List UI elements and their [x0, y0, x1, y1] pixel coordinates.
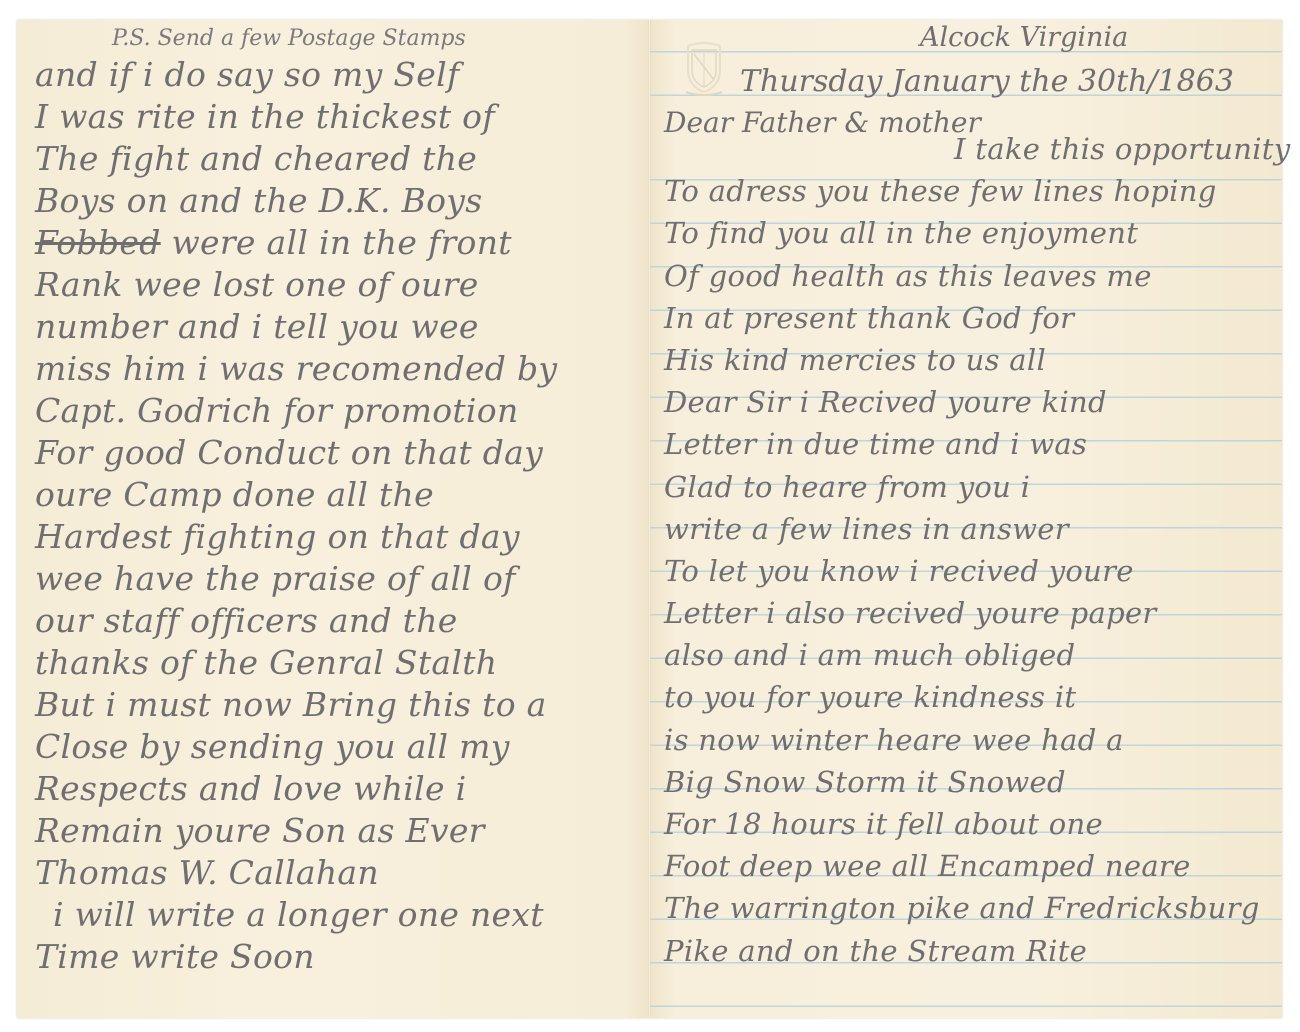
text-line: To let you know i recived youre [664, 550, 1290, 592]
text-line: and if i do say so my Self [35, 54, 557, 96]
text-line: His kind mercies to us all [664, 339, 1290, 381]
text-line: For 18 hours it fell about one [664, 803, 1290, 845]
text-line: write a few lines in answer [664, 508, 1290, 550]
text-line: In at present thank God for [664, 297, 1290, 339]
text-line: Big Snow Storm it Snowed [664, 761, 1290, 803]
struck-out-word: Fobbed [35, 223, 161, 262]
text-line: Foot deep wee all Encamped neare [664, 845, 1290, 887]
text-line: Time write Soon [35, 936, 557, 978]
text-line: Hardest fighting on that day [35, 516, 557, 558]
text-line: The warrington pike and Fredricksburg [664, 887, 1290, 929]
text-line: wee have the praise of all of [35, 558, 557, 600]
text-line: Letter in due time and i was [664, 423, 1290, 465]
right-page: Alcock Virginia Thursday January the 30t… [650, 20, 1282, 1018]
text-line: To find you all in the enjoyment [664, 212, 1290, 254]
text-line: Capt. Godrich for promotion [35, 390, 557, 432]
postscript: P.S. Send a few Postage Stamps [112, 26, 466, 51]
text-line: For good Conduct on that day [35, 432, 557, 474]
text-line: Dear Sir i Recived youre kind [664, 381, 1290, 423]
text-line: But i must now Bring this to a [35, 684, 557, 726]
text-line: The fight and cheared the [35, 138, 557, 180]
letter-sheet: P.S. Send a few Postage Stamps and if i … [17, 20, 1282, 1018]
text-line: Close by sending you all my [35, 726, 557, 768]
text-line: thanks of the Genral Stalth [35, 642, 557, 684]
text-line: I was rite in the thickest of [35, 96, 557, 138]
text-line: our staff officers and the [35, 600, 557, 642]
letter-place: Alcock Virginia [920, 22, 1128, 53]
embossed-crest-icon [682, 40, 726, 98]
text-line: miss him i was recomended by [35, 348, 557, 390]
text-line: To adress you these few lines hoping [664, 170, 1290, 212]
text-line: also and i am much obliged [664, 634, 1290, 676]
left-page: P.S. Send a few Postage Stamps and if i … [17, 20, 650, 1018]
text-line: Fobbed were all in the front [35, 222, 557, 264]
text-line: Glad to heare from you i [664, 466, 1290, 508]
text-line: Remain youre Son as Ever [35, 810, 557, 852]
text-fragment: were all in the front [171, 223, 511, 262]
letter-date: Thursday January the 30th/1863 [740, 64, 1234, 99]
text-line: Rank wee lost one of oure [35, 264, 557, 306]
text-line: number and i tell you wee [35, 306, 557, 348]
text-line: Boys on and the D.K. Boys [35, 180, 557, 222]
text-line: oure Camp done all the [35, 474, 557, 516]
text-line: i will write a longer one next [35, 894, 557, 936]
text-line: to you for youre kindness it [664, 676, 1290, 718]
text-line: I take this opportunity [664, 128, 1290, 170]
signature: Thomas W. Callahan [35, 852, 557, 894]
right-page-body: I take this opportunity To adress you th… [664, 128, 1290, 972]
text-line: Letter i also recived youre paper [664, 592, 1290, 634]
text-line: is now winter heare wee had a [664, 719, 1290, 761]
left-page-body: and if i do say so my Self I was rite in… [35, 54, 557, 978]
text-line: Of good health as this leaves me [664, 255, 1290, 297]
text-line: Respects and love while i [35, 768, 557, 810]
text-line: Pike and on the Stream Rite [664, 930, 1290, 972]
